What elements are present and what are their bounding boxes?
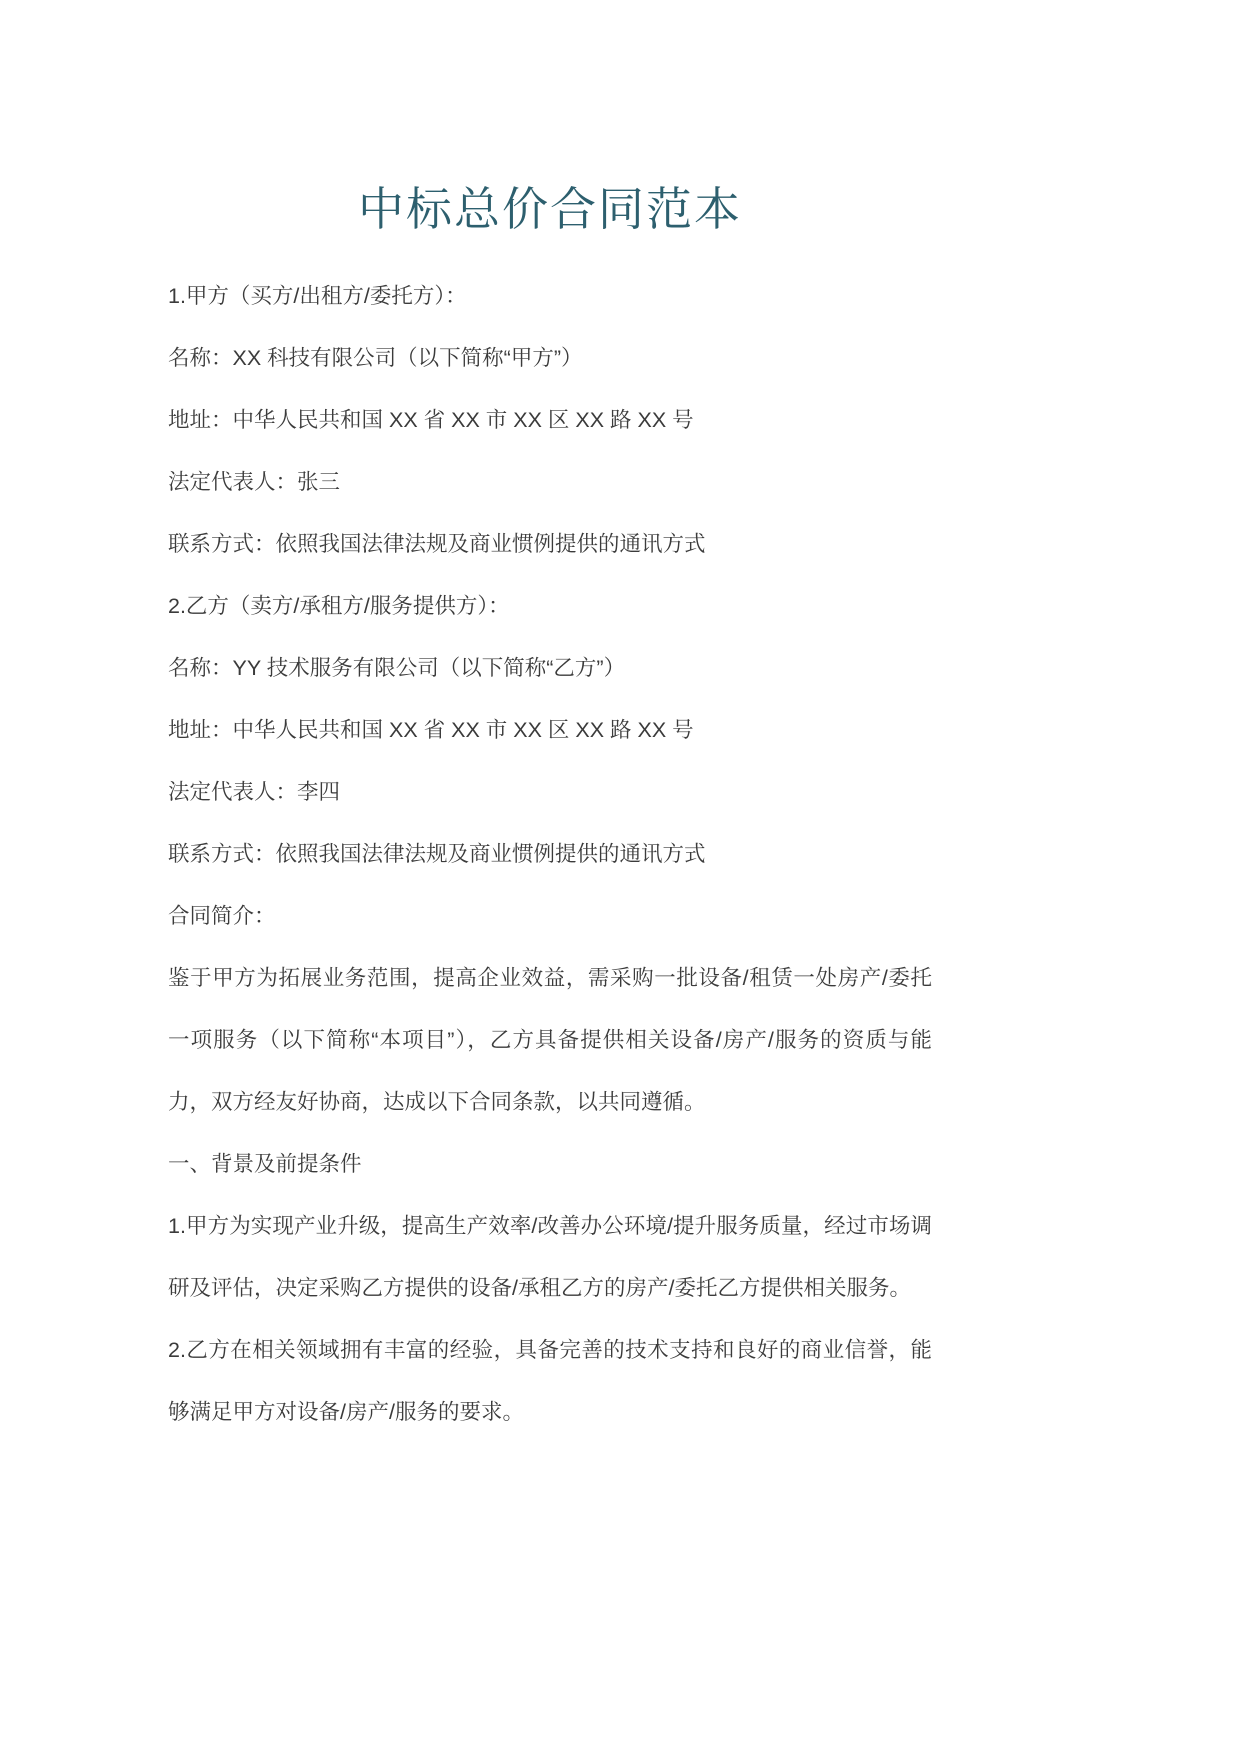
paragraph-section-1-heading: 一、背景及前提条件 — [168, 1133, 932, 1195]
paragraph-intro-body: 鉴于甲方为拓展业务范围，提高企业效益，需采购一批设备/租赁一处房产/委托一项服务… — [168, 947, 932, 1133]
document-content: 中标总价合同范本 1.甲方（买方/出租方/委托方）： 名称：XX 科技有限公司（… — [0, 0, 1240, 1443]
paragraph-intro-label: 合同简介： — [168, 885, 932, 947]
paragraph-party-b-contact: 联系方式：依照我国法律法规及商业惯例提供的通讯方式 — [168, 823, 932, 885]
paragraph-section-1-item-1: 1.甲方为实现产业升级，提高生产效率/改善办公环境/提升服务质量，经过市场调研及… — [168, 1195, 932, 1319]
paragraph-party-b-representative: 法定代表人：李四 — [168, 761, 932, 823]
paragraph-party-a-contact: 联系方式：依照我国法律法规及商业惯例提供的通讯方式 — [168, 513, 932, 575]
paragraph-section-1-item-2: 2.乙方在相关领域拥有丰富的经验，具备完善的技术支持和良好的商业信誉，能够满足甲… — [168, 1319, 932, 1443]
document-page: 中标总价合同范本 1.甲方（买方/出租方/委托方）： 名称：XX 科技有限公司（… — [0, 0, 1240, 1753]
paragraph-party-b-heading: 2.乙方（卖方/承租方/服务提供方）： — [168, 575, 932, 637]
paragraph-party-a-representative: 法定代表人：张三 — [168, 451, 932, 513]
document-title: 中标总价合同范本 — [168, 182, 932, 237]
paragraph-party-b-address: 地址：中华人民共和国 XX 省 XX 市 XX 区 XX 路 XX 号 — [168, 699, 932, 761]
paragraph-party-a-heading: 1.甲方（买方/出租方/委托方）： — [168, 265, 932, 327]
paragraph-party-a-address: 地址：中华人民共和国 XX 省 XX 市 XX 区 XX 路 XX 号 — [168, 389, 932, 451]
paragraph-party-b-name: 名称：YY 技术服务有限公司（以下简称“乙方”） — [168, 637, 932, 699]
paragraph-party-a-name: 名称：XX 科技有限公司（以下简称“甲方”） — [168, 327, 932, 389]
